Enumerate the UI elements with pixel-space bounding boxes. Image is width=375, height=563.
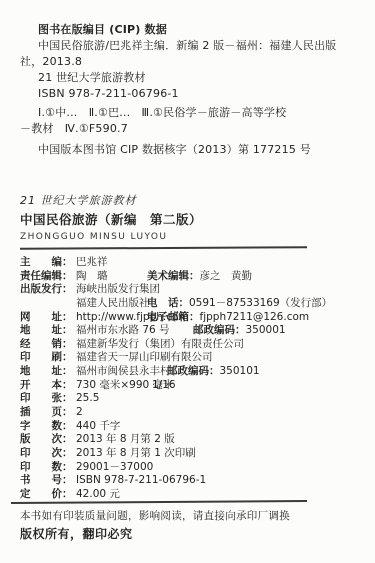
cip-line: 中国民俗旅游/巴兆祥主编．新编 2 版－福州：福建人民出版 bbox=[20, 38, 350, 54]
cip-line: ISBN 978-7-211-06796-1 bbox=[20, 86, 350, 102]
colophon-row-inserts: 插 页：2 bbox=[20, 406, 365, 420]
colophon-block: 主 编：巴兆祥 责任编辑：陶 璐 美术编辑：彦之 黄勤 出版发行：海峡出版发行集… bbox=[20, 256, 365, 502]
colophon-row-distributor: 经 销：福建新华发行（集团）有限责任公司 bbox=[20, 338, 365, 352]
book-title: 中国民俗旅游（新编 第二版） bbox=[20, 212, 340, 227]
cip-block: 图书在版编目 (CIP) 数据 中国民俗旅游/巴兆祥主编．新编 2 版－福州：福… bbox=[20, 22, 350, 158]
colophon-row-price: 定 价：42.00 元 bbox=[20, 488, 365, 502]
colophon-row-responsible-editor: 责任编辑：陶 璐 美术编辑：彦之 黄勤 bbox=[20, 270, 365, 284]
colophon-row-wordcount: 字 数：440 千字 bbox=[20, 420, 365, 434]
colophon-row-address: 地 址：福州市东水路 76 号 邮政编码：350001 bbox=[20, 324, 365, 338]
colophon-row-isbn: 书 号：ISBN 978-7-211-06796-1 bbox=[20, 474, 365, 488]
colophon-row-editor: 主 编：巴兆祥 bbox=[20, 256, 365, 270]
colophon-row-format: 开 本：730 毫米×990 毫米 1/16 bbox=[20, 379, 365, 393]
colophon-row-print-run: 印 数：29001－37000 bbox=[20, 461, 365, 475]
cip-line: 21 世纪大学旅游教材 bbox=[20, 70, 350, 86]
quality-notice: 本书如有印装质量问题，影响阅读，请直接向承印厂调换 bbox=[20, 509, 350, 523]
colophon-postcode-2: 邮政编码：350101 bbox=[167, 365, 260, 379]
colophon-row-publisher-2: 福建人民出版社 电 话：0591－87533169（发行部） bbox=[20, 297, 365, 311]
footer-block: 本书如有印装质量问题，影响阅读，请直接向承印厂调换 版权所有，翻印必究 bbox=[20, 509, 350, 542]
colophon-row-website: 网 址：http://www.fjpph.com 电子邮箱：fjpph7211@… bbox=[20, 311, 365, 325]
colophon-row-sheets: 印 张：25.5 bbox=[20, 392, 365, 406]
cip-heading: 图书在版编目 (CIP) 数据 bbox=[20, 22, 350, 38]
colophon-row-edition: 版 次：2013 年 8 月第 2 版 bbox=[20, 433, 365, 447]
copyright-notice: 版权所有，翻印必究 bbox=[20, 527, 350, 542]
title-block: 21 世纪大学旅游教材 中国民俗旅游（新编 第二版） ZHONGGUO MINS… bbox=[20, 194, 340, 243]
colophon-row-printer-address: 地 址：福州市闽侯县永丰村 邮政编码：350101 bbox=[20, 365, 365, 379]
cip-line: 社，2013.8 bbox=[20, 54, 350, 70]
colophon-format-fraction: 1/16 bbox=[152, 379, 176, 393]
colophon-phone: 电 话：0591－87533169（发行部） bbox=[147, 297, 332, 311]
colophon-art-editor: 美术编辑：彦之 黄勤 bbox=[147, 270, 252, 284]
series-title: 21 世纪大学旅游教材 bbox=[20, 194, 340, 208]
cip-classification-line: Ⅰ.①中... Ⅱ.①巴... Ⅲ.①民俗学－旅游－高等学校 bbox=[20, 105, 350, 121]
colophon-email: 电子邮箱：fjpph7211@126.com bbox=[147, 311, 309, 325]
copyright-page: 图书在版编目 (CIP) 数据 中国民俗旅游/巴兆祥主编．新编 2 版－福州：福… bbox=[0, 0, 375, 563]
colophon-row-impression: 印 次：2013 年 8 月第 1 次印刷 bbox=[20, 447, 365, 461]
cip-record-number: 中国版本图书馆 CIP 数据核字（2013）第 177215 号 bbox=[20, 142, 350, 158]
divider-rule-top bbox=[20, 246, 307, 250]
cip-classification-line: －教材 Ⅳ.①F590.7 bbox=[20, 121, 350, 137]
book-title-pinyin: ZHONGGUO MINSU LUYOU bbox=[20, 231, 340, 243]
colophon-row-printer: 印 刷：福建省天一屏山印刷有限公司 bbox=[20, 351, 365, 365]
colophon-row-publisher: 出版发行：海峡出版发行集团 bbox=[20, 283, 365, 297]
colophon-postcode: 邮政编码：350001 bbox=[193, 324, 286, 338]
